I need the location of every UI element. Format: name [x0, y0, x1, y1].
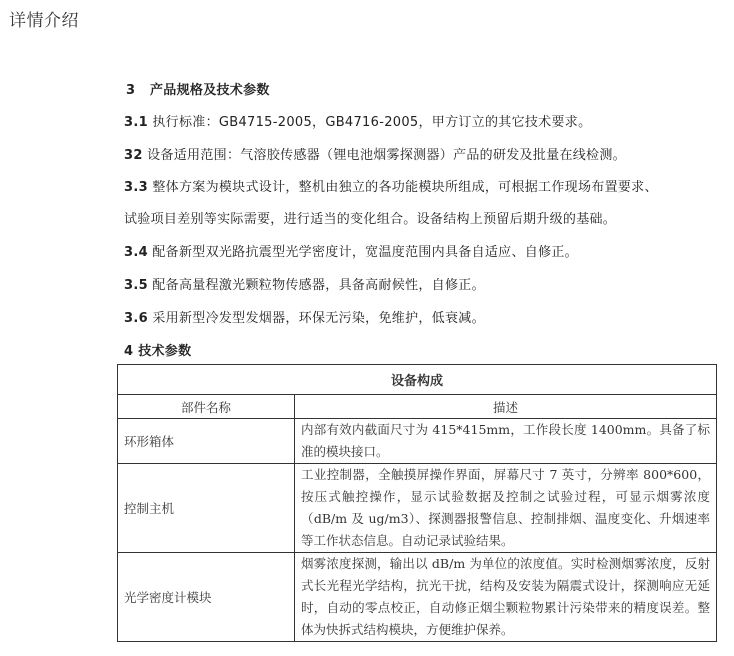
- item-3-3-cont: 试验项目差别等实际需要，进行适当的变化组合。设备结构上预留后期升级的基础。: [124, 208, 616, 227]
- item-number: 3.3: [124, 180, 148, 195]
- column-header-name: 部件名称: [118, 395, 295, 419]
- item-text: 采用新型冷发型发烟器，环保无污染，免维护，低衰减。: [152, 311, 485, 326]
- item-text: 配备新型双光路抗震型光学密度计，宽温度范围内具备自适应、自修正。: [152, 245, 578, 260]
- component-name: 光学密度计模块: [118, 553, 295, 642]
- section-number: 4: [124, 344, 133, 359]
- item-number: 3.6: [124, 311, 148, 326]
- equipment-table: 设备构成 部件名称 描述 环形箱体 内部有效内截面尺寸为 415*415mm，工…: [117, 364, 717, 642]
- item-number: 32: [124, 148, 143, 163]
- item-text: 设备适用范围：气溶胶传感器（锂电池烟雾探测器）产品的研发及批量在线检测。: [147, 148, 626, 163]
- section-3-heading: 3产品规格及技术参数: [126, 79, 270, 98]
- item-3-6: 3.6 采用新型冷发型发烟器，环保无污染，免维护，低衰减。: [124, 307, 485, 326]
- table-row: 光学密度计模块 烟雾浓度探测，输出以 dB/m 为单位的浓度值。实时检测烟雾浓度…: [118, 553, 717, 642]
- section-4-heading: 4 技术参数: [124, 340, 191, 359]
- item-3-1: 3.1 执行标准：GB4715-2005，GB4716-2005，甲方订立的其它…: [124, 111, 591, 130]
- item-3-3: 3.3 整体方案为模块式设计，整机由独立的各功能模块所组成，可根据工作现场布置要…: [124, 176, 658, 195]
- item-text: 试验项目差别等实际需要，进行适当的变化组合。设备结构上预留后期升级的基础。: [124, 212, 616, 227]
- page-title: 详情介绍: [9, 6, 79, 31]
- item-number: 3.4: [124, 245, 148, 260]
- item-number: 3.5: [124, 278, 148, 293]
- component-name: 控制主机: [118, 464, 295, 553]
- table-title: 设备构成: [118, 365, 717, 395]
- item-number: 3.1: [124, 115, 148, 130]
- table-row: 环形箱体 内部有效内截面尺寸为 415*415mm，工作段长度 1400mm。具…: [118, 419, 717, 464]
- item-3-2: 32 设备适用范围：气溶胶传感器（锂电池烟雾探测器）产品的研发及批量在线检测。: [124, 144, 626, 163]
- section-title: 产品规格及技术参数: [150, 83, 270, 98]
- item-text: 配备高量程激光颗粒物传感器，具备高耐候性，自修正。: [152, 278, 485, 293]
- component-desc: 内部有效内截面尺寸为 415*415mm，工作段长度 1400mm。具备了标准的…: [295, 419, 717, 464]
- component-desc: 烟雾浓度探测，输出以 dB/m 为单位的浓度值。实时检测烟雾浓度，反射式长光程光…: [295, 553, 717, 642]
- table-row: 控制主机 工业控制器，全触摸屏操作界面，屏幕尺寸 7 英寸，分辨率 800*60…: [118, 464, 717, 553]
- item-text: 执行标准：GB4715-2005，GB4716-2005，甲方订立的其它技术要求…: [152, 115, 591, 130]
- component-desc: 工业控制器，全触摸屏操作界面，屏幕尺寸 7 英寸，分辨率 800*600，按压式…: [295, 464, 717, 553]
- item-3-4: 3.4 配备新型双光路抗震型光学密度计，宽温度范围内具备自适应、自修正。: [124, 241, 578, 260]
- item-3-5: 3.5 配备高量程激光颗粒物传感器，具备高耐候性，自修正。: [124, 274, 485, 293]
- component-name: 环形箱体: [118, 419, 295, 464]
- item-text: 整体方案为模块式设计，整机由独立的各功能模块所组成，可根据工作现场布置要求、: [152, 180, 657, 195]
- section-number: 3: [126, 83, 150, 98]
- column-header-desc: 描述: [295, 395, 717, 419]
- section-title: 技术参数: [138, 344, 191, 359]
